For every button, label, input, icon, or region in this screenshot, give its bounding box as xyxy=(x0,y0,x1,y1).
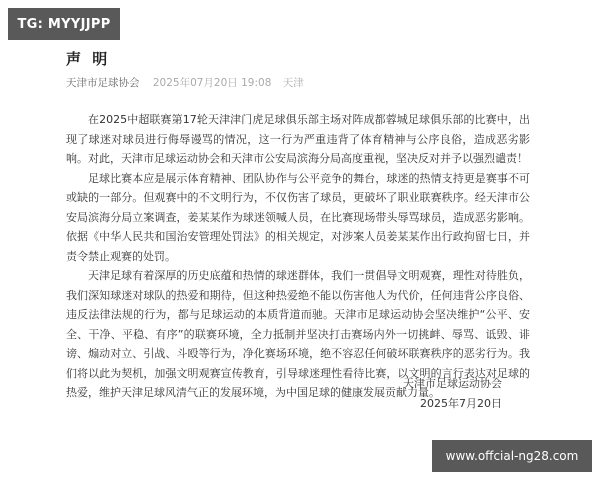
publish-location: 天津 xyxy=(283,77,304,89)
article-header: 声 明 天津市足球协会 2025年07月20日 19:08 天津 xyxy=(66,48,530,90)
watermark-text: TG: MYYJJPP xyxy=(17,17,110,32)
paragraph: 在2025中超联赛第17轮天津津门虎足球俱乐部主场对阵成都蓉城足球俱乐部的比赛中… xyxy=(66,110,530,169)
signature-block: 天津市足球运动协会 2025年7月20日 xyxy=(403,374,502,413)
watermark-badge-bottom: www.offcial-ng28.com xyxy=(432,440,592,472)
article-body: 在2025中超联赛第17轮天津津门虎足球俱乐部主场对阵成都蓉城足球俱乐部的比赛中… xyxy=(66,110,530,403)
article-meta: 天津市足球协会 2025年07月20日 19:08 天津 xyxy=(66,76,530,90)
watermark-badge-top: TG: MYYJJPP xyxy=(8,8,120,40)
page-title: 声 明 xyxy=(66,48,530,70)
author-link[interactable]: 天津市足球协会 xyxy=(66,77,140,89)
signature-date: 2025年7月20日 xyxy=(403,394,502,414)
watermark-url: www.offcial-ng28.com xyxy=(446,449,579,463)
publish-time: 2025年07月20日 19:08 xyxy=(153,77,272,89)
paragraph: 足球比赛本应是展示体育精神、团队协作与公平竞争的舞台，球迷的热情支持更是赛事不可… xyxy=(66,169,530,267)
signature-org: 天津市足球运动协会 xyxy=(403,374,502,394)
